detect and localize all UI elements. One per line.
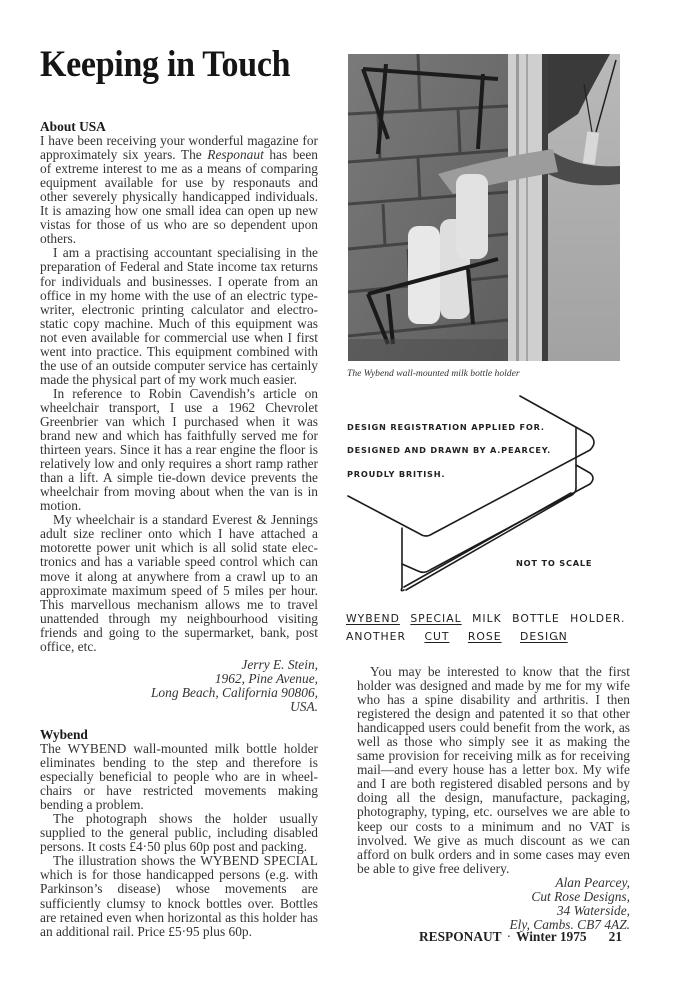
- pearcey-paragraph: You may be interested to know that the f…: [357, 665, 630, 876]
- photo-caption: The Wybend wall-mounted milk bottle hold…: [347, 368, 520, 379]
- signature-line: Alan Pearcey,: [357, 876, 630, 890]
- about-usa-paragraph-2: I am a practising accountant specialisin…: [40, 246, 318, 386]
- page-number: 21: [609, 929, 622, 944]
- british-note: PROUDLY BRITISH.: [347, 469, 445, 479]
- publication-name: RESPONAUT: [419, 929, 502, 944]
- title-word: HOLDER.: [570, 612, 625, 625]
- section-heading-about-usa: About USA: [40, 120, 318, 134]
- about-usa-paragraph-4: My wheelchair is a standard Everest & Je…: [40, 513, 318, 653]
- about-usa-paragraph-1: I have been receiving your wonderful mag…: [40, 134, 318, 246]
- wybend-paragraph-2: The photograph shows the holder usually …: [40, 812, 318, 854]
- signature-pearcey: Alan Pearcey, Cut Rose Designs, 34 Water…: [357, 876, 630, 932]
- title-word: CUT: [424, 630, 449, 643]
- title-word: BOTTLE: [512, 612, 560, 625]
- title-word: MILK: [472, 612, 502, 625]
- designer-note: DESIGNED AND DRAWN BY A.PEARCEY.: [347, 445, 551, 455]
- photo-illustration: [348, 54, 620, 361]
- wybend-paragraph-3: The illustration shows the WYBEND SPECIA…: [40, 854, 318, 938]
- p1-text-rest: has been of extreme interest to me as a …: [40, 147, 318, 246]
- milk-bottle-holder-photo: [348, 54, 620, 361]
- signature-stein: Jerry E. Stein, 1962, Pine Avenue, Long …: [40, 658, 318, 714]
- title-word: ROSE: [468, 630, 502, 643]
- title-word: WYBEND: [346, 612, 400, 625]
- title-word: SPECIAL: [410, 612, 461, 625]
- title-word: DESIGN: [520, 630, 568, 643]
- left-column: About USA I have been receiving your won…: [40, 120, 318, 939]
- signature-line: Long Beach, California 90806,: [40, 686, 318, 700]
- title-word: ANOTHER: [346, 630, 406, 643]
- signature-line: Cut Rose Designs,: [357, 890, 630, 904]
- design-registration-note: DESIGN REGISTRATION APPLIED FOR.: [347, 422, 545, 432]
- magazine-name-italic: Responaut: [207, 147, 264, 162]
- wybend-special-diagram: DESIGN REGISTRATION APPLIED FOR. DESIGNE…: [340, 380, 640, 650]
- not-to-scale-note: NOT TO SCALE: [516, 558, 592, 568]
- holder-line-drawing: [340, 380, 640, 650]
- diagram-title-line-2: ANOTHER CUT ROSE DESIGN.: [346, 630, 560, 643]
- signature-line: Jerry E. Stein,: [40, 658, 318, 672]
- signature-line: USA.: [40, 700, 318, 714]
- diagram-title-line-1: WYBEND SPECIAL MILK BOTTLE HOLDER.: [346, 612, 625, 625]
- signature-line: 1962, Pine Avenue,: [40, 672, 318, 686]
- section-heading-wybend: Wybend: [40, 728, 318, 742]
- footer-separator: ·: [507, 929, 511, 944]
- title-period: .: [556, 630, 560, 643]
- about-usa-paragraph-3: In reference to Robin Cavendish’s articl…: [40, 387, 318, 513]
- issue-date: Winter 1975: [516, 929, 587, 944]
- wybend-paragraph-1: The WYBEND wall-mounted milk bottle hold…: [40, 742, 318, 812]
- signature-line: 34 Waterside,: [357, 904, 630, 918]
- page-title: Keeping in Touch: [40, 40, 290, 88]
- right-column: You may be interested to know that the f…: [357, 665, 630, 932]
- page-footer: RESPONAUT·Winter 197521: [419, 929, 622, 945]
